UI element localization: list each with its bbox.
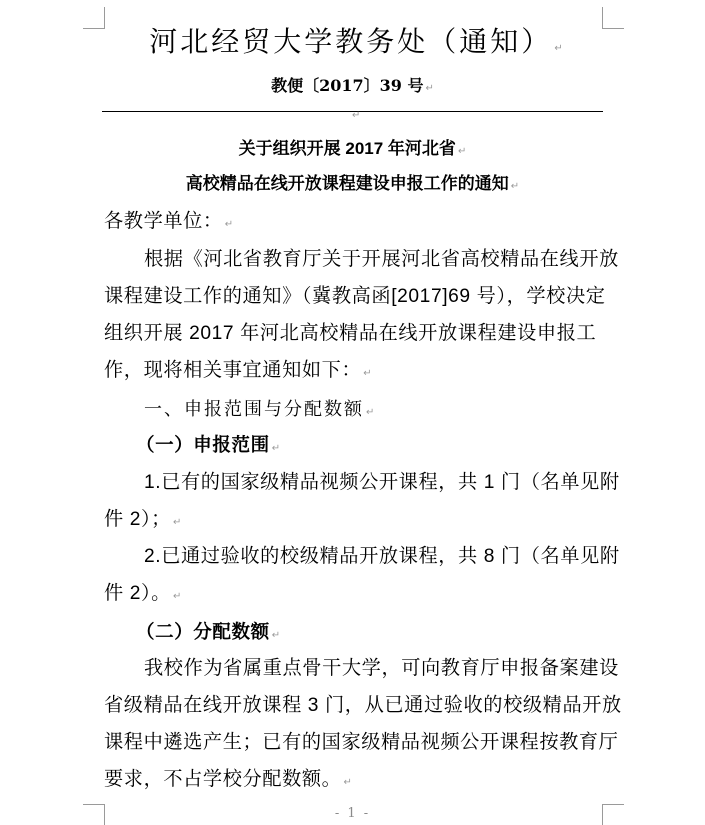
subsection-1-heading: （一）申报范围↵ (136, 430, 281, 464)
subsection-2-heading: （二）分配数额↵ (136, 617, 281, 651)
paragraph-mark-icon: ↵ (425, 83, 433, 94)
document-number-text: 教便〔2017〕39 号 (271, 76, 423, 95)
intro-line-2: 课程建设工作的通知》（冀教高函[2017]69 号），学校决定 (104, 282, 606, 312)
intro-line-3: 组织开展 2017 年河北高校精品在线开放课程建设申报工 (104, 319, 596, 349)
paragraph-mark-icon: ↵ (554, 43, 565, 54)
item-1-line-2-text: 件 2）； (104, 509, 171, 530)
page-number: - 1 - (0, 806, 705, 821)
subsection-1-heading-text: （一）申报范围 (136, 434, 270, 455)
paragraph-mark-icon: ↵ (272, 443, 281, 454)
document-number: 教便〔2017〕39 号↵ (0, 74, 705, 101)
allocation-line-4-text: 要求，不占学校分配数额。 (104, 769, 341, 790)
notice-subtitle-line-1: 关于组织开展 2017 年河北省↵ (0, 136, 705, 165)
subsection-2-heading-text: （二）分配数额 (136, 621, 270, 642)
paragraph-mark-icon: ↵ (511, 181, 519, 192)
item-1-line-2: 件 2）；↵ (104, 505, 182, 538)
item-2-line-1: 2.已通过验收的校级精品开放课程，共 8 门（名单见附 (144, 542, 620, 572)
allocation-line-2: 省级精品在线开放课程 3 门，从已通过验收的校级精品开放 (104, 691, 622, 721)
section-1-heading: 一、申报范围与分配数额↵ (144, 394, 376, 428)
salutation: 各教学单位：↵ (104, 207, 234, 240)
notice-subtitle-line-2: 高校精品在线开放课程建设申报工作的通知↵ (0, 171, 705, 200)
allocation-line-4: 要求，不占学校分配数额。↵ (104, 765, 352, 798)
salutation-text: 各教学单位： (104, 211, 223, 232)
paragraph-mark-icon: ↵ (272, 630, 281, 641)
intro-line-4-text: 作，现将相关事宜通知如下： (104, 360, 361, 381)
paragraph-mark-icon: ↵ (352, 110, 360, 121)
intro-line-4: 作，现将相关事宜通知如下：↵ (104, 356, 372, 389)
item-2-line-2-text: 件 2）。 (104, 583, 171, 604)
subtitle-text: 关于组织开展 2017 年河北省 (239, 139, 456, 158)
subtitle-text: 高校精品在线开放课程建设申报工作的通知 (186, 174, 509, 193)
item-1-line-1: 1.已有的国家级精品视频公开课程，共 1 门（名单见附 (144, 468, 620, 498)
paragraph-mark-icon: ↵ (363, 368, 372, 379)
paragraph-mark-icon: ↵ (173, 517, 182, 528)
section-1-heading-text: 一、申报范围与分配数额 (144, 399, 364, 419)
paragraph-mark-icon: ↵ (366, 407, 376, 418)
allocation-line-3: 课程中遴选产生；已有的国家级精品视频公开课程按教育厅 (104, 728, 618, 758)
document-title-text: 河北经贸大学教务处（通知） (149, 25, 552, 58)
intro-line-1: 根据《河北省教育厅关于开展河北省高校精品在线开放 (144, 245, 619, 275)
item-2-line-2: 件 2）。↵ (104, 579, 182, 612)
paragraph-mark-icon: ↵ (458, 146, 466, 157)
paragraph-mark-icon: ↵ (343, 777, 352, 788)
allocation-line-1: 我校作为省属重点骨干大学，可向教育厅申报备案建设 (144, 654, 619, 684)
paragraph-mark-icon: ↵ (173, 591, 182, 602)
paragraph-mark-icon: ↵ (225, 219, 234, 230)
document-title: 河北经贸大学教务处（通知）↵ (0, 22, 705, 69)
